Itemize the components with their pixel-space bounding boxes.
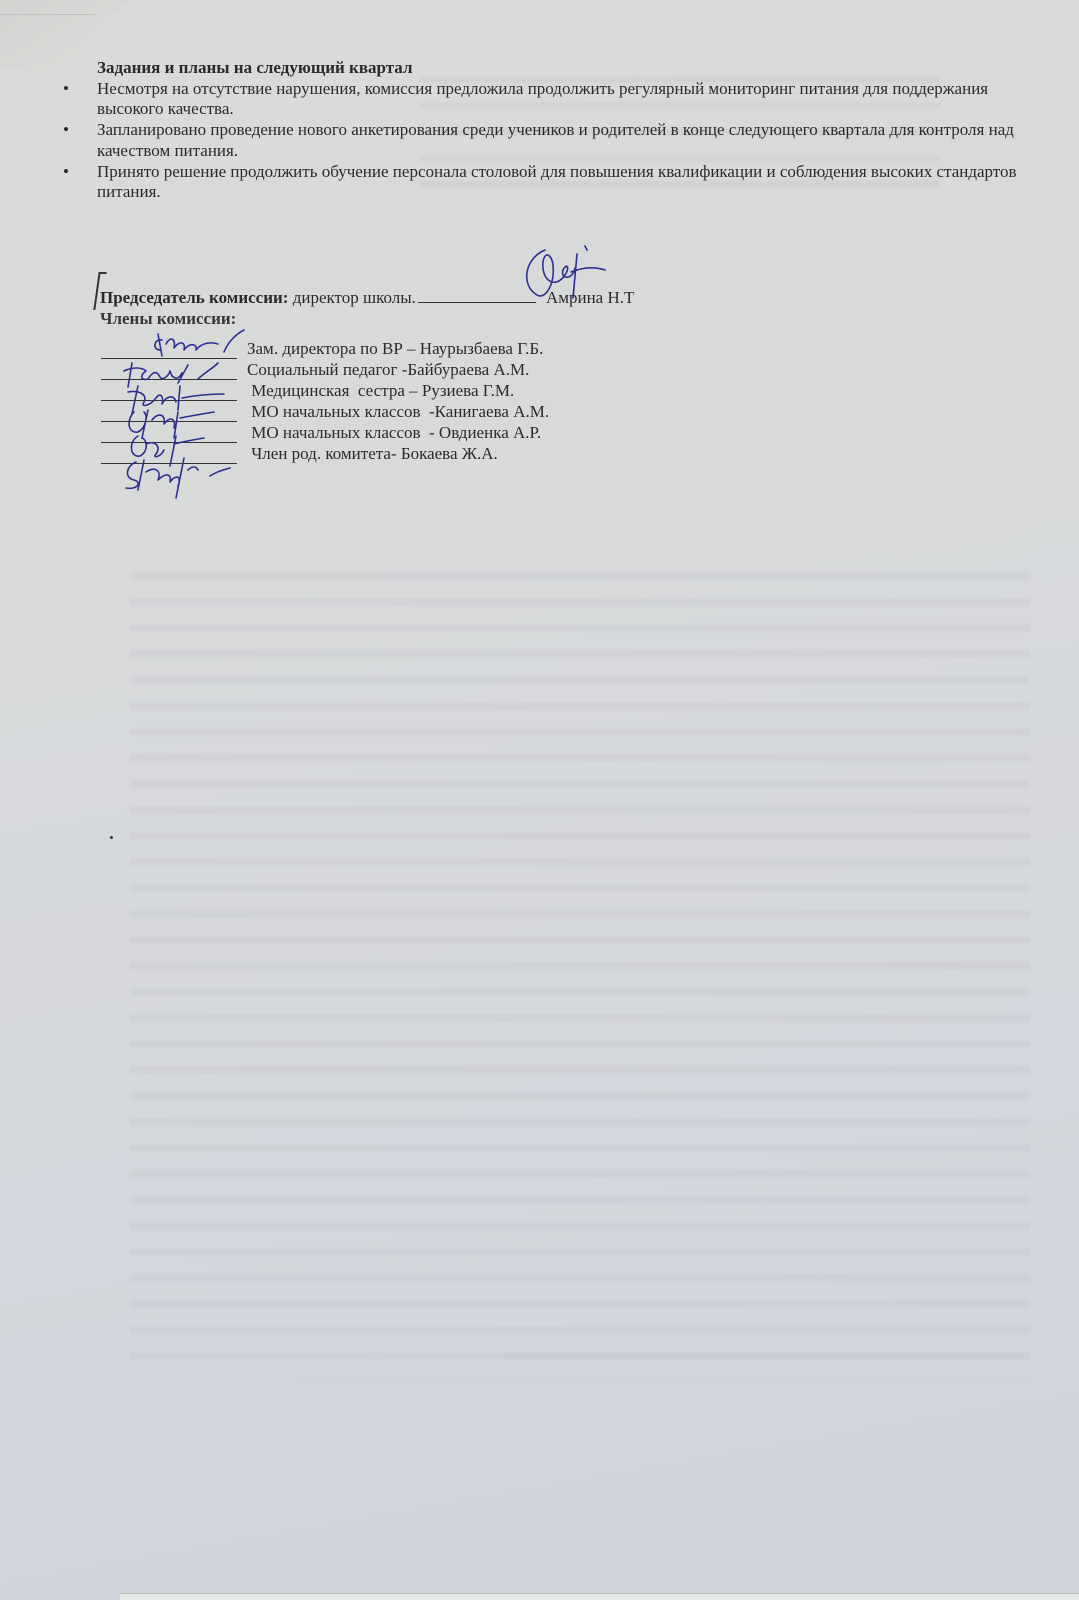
task-text: Запланировано проведение нового анкетиро… <box>97 120 1014 160</box>
member-role-name: МО начальных классов -Канигаева А.М. <box>247 402 549 422</box>
member-role-name: Член род. комитета- Бокаева Ж.А. <box>247 444 498 464</box>
member-role-name: МО начальных классов - Овдиенка А.Р. <box>247 423 541 443</box>
task-text: Принято решение продолжить обучение перс… <box>97 162 1017 202</box>
member-role-name: Социальный педагог -Байбураева А.М. <box>247 360 529 380</box>
bullet-icon: • <box>63 120 97 141</box>
chair-label: Председатель комиссии: <box>100 288 288 307</box>
task-list: • Несмотря на отсутствие нарушения, коми… <box>63 79 1023 203</box>
bullet-icon: • <box>63 162 97 183</box>
document-body: Задания и планы на следующий квартал • Н… <box>63 58 1023 203</box>
chair-signature-icon <box>515 240 625 305</box>
task-item: • Принято решение продолжить обучение пе… <box>63 162 1023 203</box>
task-item: • Запланировано проведение нового анкети… <box>63 120 1023 161</box>
section-heading: Задания и планы на следующий квартал <box>97 58 1023 79</box>
bleed-through-text <box>130 560 1030 1380</box>
paper-stack-edge <box>120 1593 1079 1600</box>
chair-position: директор школы. <box>288 288 415 307</box>
paper-edge <box>0 14 95 15</box>
stray-dot <box>110 836 113 839</box>
member-signature-icon <box>118 452 238 502</box>
member-role-name: Медицинская сестра – Рузиева Г.М. <box>247 381 514 401</box>
member-role-name: Зам. директора по ВР – Наурызбаева Г.Б. <box>247 339 543 359</box>
task-text: Несмотря на отсутствие нарушения, комисс… <box>97 79 988 119</box>
bullet-icon: • <box>63 79 97 100</box>
task-item: • Несмотря на отсутствие нарушения, коми… <box>63 79 1023 120</box>
